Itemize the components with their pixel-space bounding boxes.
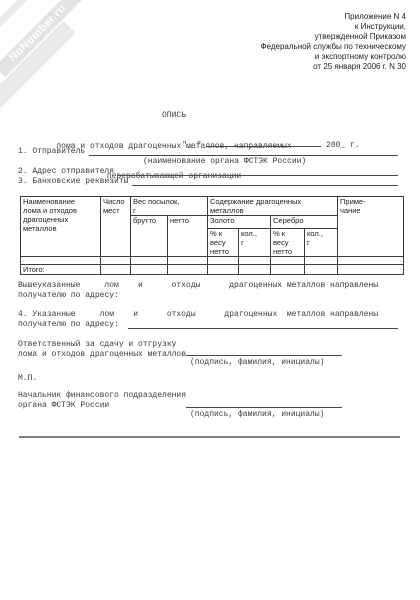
approval-note-line: Федеральной службы по техническому <box>260 42 406 52</box>
total-label-cell: Итого: <box>21 265 101 275</box>
col-header-net: нетто <box>168 216 208 257</box>
col-header-gross: брутто <box>131 216 168 257</box>
address-label: 2. Адрес отправителя <box>18 167 114 177</box>
empty-cell <box>101 257 131 265</box>
empty-cell <box>208 265 239 275</box>
empty-cell <box>168 257 208 265</box>
metals-table: Наименование лома и отходов драгоценных … <box>20 196 404 275</box>
col-header-gold-pct: % к весу нетто <box>208 229 239 257</box>
sender-row: 1. Отправитель <box>18 147 398 157</box>
empty-cell <box>208 257 239 265</box>
responsible-signature-line <box>186 348 342 356</box>
col-header-places: Число мест <box>101 197 131 257</box>
empty-cell <box>239 257 271 265</box>
sender-label: 1. Отправитель <box>18 147 85 157</box>
para-sent-line-1: Вышеуказанные лом и отходы драгоценных м… <box>18 281 378 291</box>
col-header-name: Наименование лома и отходов драгоценных … <box>21 197 101 257</box>
col-header-weight: Вес посылок, г <box>131 197 208 216</box>
document-page: NoNumber.ru Приложение N 4 к Инструкции,… <box>0 0 420 600</box>
empty-cell <box>131 257 168 265</box>
approval-note-line: утвержденной Приказом <box>260 32 406 42</box>
title-line-1: ОПИСЬ <box>14 111 334 122</box>
col-header-silver-qty: кол., г <box>305 229 338 257</box>
chief-signature-line <box>186 400 342 408</box>
empty-cell <box>338 265 404 275</box>
empty-cell <box>338 257 404 265</box>
table-total-row: Итого: <box>21 265 404 275</box>
date-month-blank-line <box>206 139 321 147</box>
empty-cell <box>271 265 305 275</box>
col-header-silver-pct: % к весу нетто <box>271 229 305 257</box>
col-header-note: Приме- чание <box>338 197 404 257</box>
empty-cell <box>101 265 131 275</box>
empty-cell <box>305 265 338 275</box>
col-header-gold: Золото <box>208 216 271 229</box>
page-divider-line <box>19 436 400 438</box>
col-header-content: Содержание драгоценных металлов <box>208 197 338 216</box>
item4-line-1: 4. Указанные лом и отходы драгоценных ме… <box>18 310 378 320</box>
stamp-place: М.П. <box>18 374 37 384</box>
item4-line-2: получателю по адресу: <box>18 320 124 330</box>
approval-note-line: и экспортному контролю <box>260 52 406 62</box>
bank-label: 3. Банковские реквизиты <box>18 177 128 187</box>
para-sent-line-2: получателю по адресу: <box>18 291 119 301</box>
address-row: 2. Адрес отправителя <box>18 167 398 177</box>
approval-note: Приложение N 4 к Инструкции, утвержденно… <box>260 12 406 72</box>
bank-row: 3. Банковские реквизиты <box>18 177 398 187</box>
watermark-stripe-top <box>0 0 33 30</box>
approval-note-line: от 25 января 2006 г. N 30 <box>260 62 406 72</box>
approval-note-line: Приложение N 4 <box>260 12 406 22</box>
chief-signature-hint: (подпись, фамилия, инициалы) <box>190 410 324 420</box>
responsible-signature-hint: (подпись, фамилия, инициалы) <box>190 358 324 368</box>
col-header-gold-qty: кол., г <box>239 229 271 257</box>
chief-line-1: Начальник финансового подразделения <box>18 391 186 401</box>
approval-note-line: к Инструкции, <box>260 22 406 32</box>
empty-cell <box>168 265 208 275</box>
empty-cell <box>21 257 101 265</box>
empty-cell <box>131 265 168 275</box>
responsible-line-1: Ответственный за сдачу и отгрузку <box>18 340 176 350</box>
item4-blank-line <box>128 320 398 329</box>
item4-row: получателю по адресу: <box>18 320 398 330</box>
sender-hint: (наименование органа ФСТЭК России) <box>143 157 306 167</box>
empty-cell <box>305 257 338 265</box>
address-blank-line <box>118 167 398 176</box>
chief-line-2: органа ФСТЭК России <box>18 401 109 411</box>
table-empty-row <box>21 257 404 265</box>
col-header-silver: Серебро <box>271 216 338 229</box>
empty-cell <box>271 257 305 265</box>
sender-blank-line <box>89 147 398 156</box>
empty-cell <box>239 265 271 275</box>
bank-blank-line <box>132 177 398 186</box>
responsible-line-2: лома и отходов драгоценных металлов <box>18 350 186 360</box>
